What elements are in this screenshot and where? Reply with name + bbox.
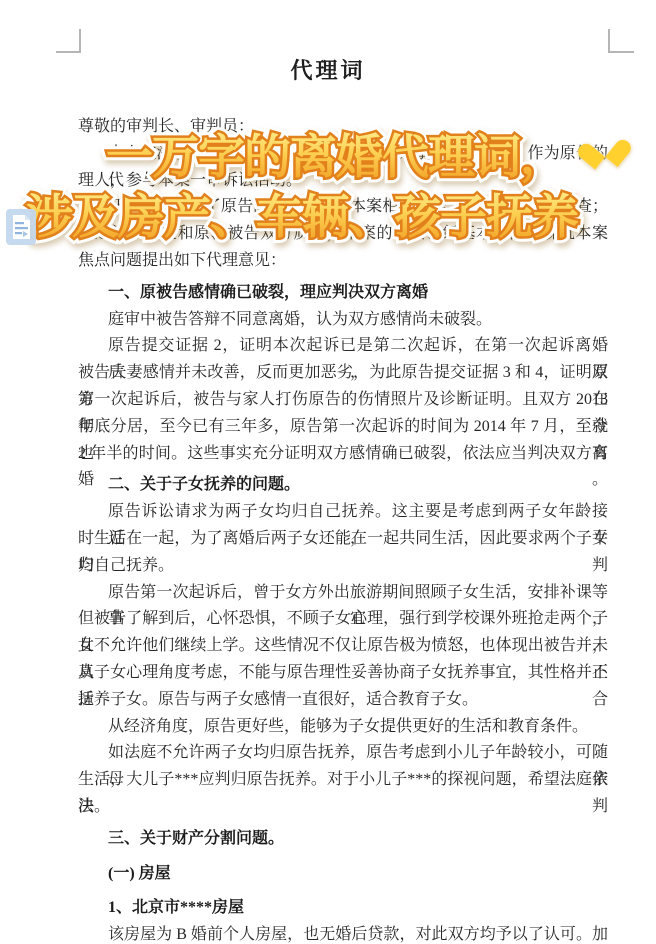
document-text-line: 如法庭不允许两子女均归原告抚养，原告考虑到小儿子年龄较小，可随母亲 — [78, 740, 608, 767]
document-heading-line: (一) 房屋 — [78, 861, 608, 888]
document-text-line: 本人依法接受原告的委托，并受北京市律师事务所的指派，作为原告的代 — [78, 141, 608, 168]
document-heading-line: 三、关于财产分割问题。 — [78, 826, 608, 853]
document-text-line: 被告夫妻感情并未改善，反而更加恶劣，为此原告提交证据 3 和 4，证明双方在 — [78, 360, 608, 387]
document-text-line: 尊敬的审判长、审判员： — [78, 114, 608, 141]
document-tool-icon[interactable] — [5, 207, 38, 247]
document-text-line: 开庭前，听取了原告陈述，查阅了本案相关证据，并做了相应的调查； — [78, 194, 608, 221]
collapse-arrow-icon[interactable] — [38, 221, 52, 231]
document-text-line: 原告诉讼请求为两子女均归自己抚养。这主要是考虑到两子女年龄接近，平 — [78, 499, 608, 526]
document-text-line: 庭审中被告答辩不同意离婚，认为双方感情尚未破裂。 — [78, 307, 608, 334]
document-text-line: 理人，参与本案一审诉讼活动。 — [78, 168, 608, 195]
document-text-line: 从子女心理角度考虑，不能与原告理性妥善协商子女抚养事宜，其性格并不适合 — [78, 660, 608, 687]
document-text-line: 生活，大儿子***应判归原告抚养。对于小儿子***的探视问题，希望法庭依法判 — [78, 767, 608, 794]
page-margin-mark-top-left — [79, 29, 81, 53]
yellow-heart-icon — [587, 129, 622, 161]
document-text-line: 第一次起诉后，被告与家人打伤原告的伤情照片及诊断证明。且双方 2013 年就 — [78, 387, 608, 414]
page-title: 代理词 — [0, 54, 656, 85]
document-text-line: 通过法庭调查和原、被告双方质证，本案的事实已经基本查清，现就本案 — [78, 221, 608, 248]
document-heading-line: 一、原被告感情确已破裂，理应判决双方离婚 — [78, 280, 608, 307]
document-text-line: 时生活在一起，为了离婚后两子女还能在一起共同生活，因此要求两个子女均判 — [78, 526, 608, 553]
document-text-line: 原告提交证据 2，证明本次起诉已是第二次起诉，在第一次起诉离婚后，原 — [78, 333, 608, 360]
document-lines-icon — [5, 207, 38, 247]
document-text-line: 原告第一次起诉后，曾于女方外出旅游期间照顾子女生活，安排补课等事宜， — [78, 580, 608, 607]
page-margin-mark-top-right — [608, 29, 610, 53]
document-text-line: 且不允许他们继续上学。这些情况不仅让原告极为愤怒，也体现出被告并未真正 — [78, 633, 608, 660]
document-page: 代理词 尊敬的审判长、审判员：本人依法接受原告的委托，并受北京市律师事务所的指派… — [0, 0, 656, 944]
document-text-line: 2 年半的时间。这些事实充分证明双方感情确已破裂，依法应当判决双方离婚。 — [78, 441, 608, 468]
page-margin-mark-top-right — [608, 51, 634, 53]
document-text-line: 从经济角度，原告更好些，能够为子女提供更好的生活和教育条件。 — [78, 714, 608, 741]
document-text-line: 但被告了解到后，心怀恐惧，不顾子女心理，强行到学校课外班抢走两个子女， — [78, 606, 608, 633]
document-body: 尊敬的审判长、审判员：本人依法接受原告的委托，并受北京市律师事务所的指派，作为原… — [78, 114, 608, 944]
document-text-line: 焦点问题提出如下代理意见： — [78, 248, 608, 275]
page-margin-mark-top-left — [56, 51, 81, 53]
document-text-line: 该房屋为 B 婚前个人房屋，也无婚后贷款，对此双方均予以了认可。加上另 — [78, 922, 608, 944]
document-heading-line: 1、北京市****房屋 — [78, 895, 608, 922]
document-text-line: 彻底分居，至今已有三年多，原告第一次起诉的时间为 2014 年 7 月，至今也有 — [78, 414, 608, 441]
